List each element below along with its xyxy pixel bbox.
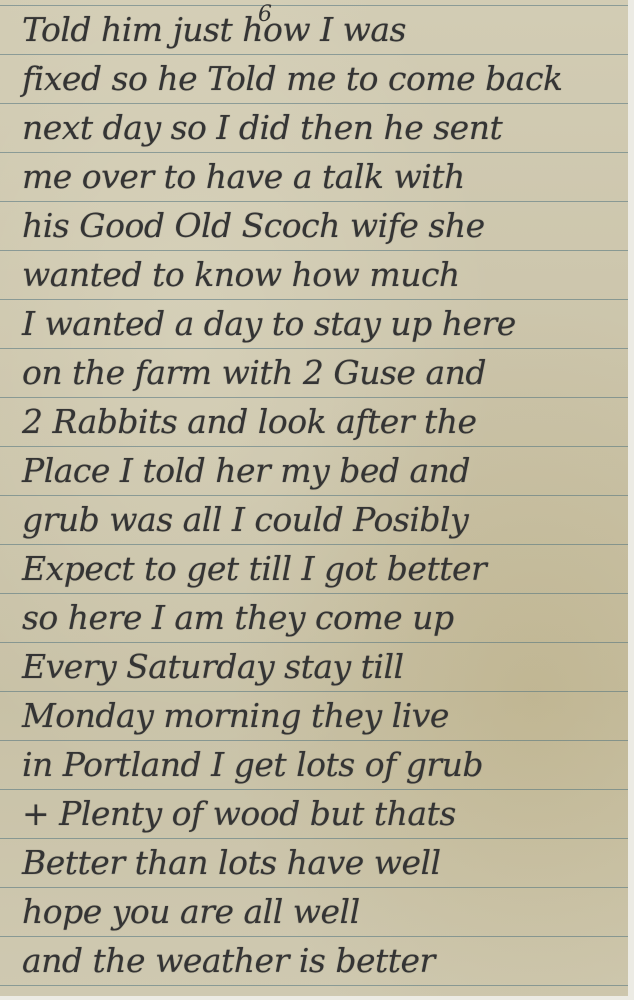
handwritten-line: Every Saturday stay till — [22, 647, 598, 687]
handwritten-line: Place I told her my bed and — [22, 451, 598, 491]
rule-line — [0, 740, 628, 741]
handwritten-line: Monday morning they live — [22, 696, 598, 736]
handwritten-line: grub was all I could Posibly — [22, 500, 598, 540]
handwritten-line: fixed so he Told me to come back — [22, 59, 598, 99]
handwritten-line: and the weather is better — [22, 941, 598, 981]
rule-line — [0, 5, 628, 6]
rule-line — [0, 250, 628, 251]
handwritten-line: hope you are all well — [22, 892, 598, 932]
handwritten-line: in Portland I get lots of grub — [22, 745, 598, 785]
handwritten-line: wanted to know how much — [22, 255, 598, 295]
handwritten-line: Told him just how I was — [22, 10, 598, 50]
handwritten-line: Better than lots have well — [22, 843, 598, 883]
handwritten-line: on the farm with 2 Guse and — [22, 353, 598, 393]
rule-line — [0, 495, 628, 496]
rule-line — [0, 201, 628, 202]
rule-line — [0, 348, 628, 349]
rule-line — [0, 397, 628, 398]
rule-line — [0, 103, 628, 104]
handwritten-line: me over to have a talk with — [22, 157, 598, 197]
handwritten-line: so here I am they come up — [22, 598, 598, 638]
rule-line — [0, 299, 628, 300]
rule-line — [0, 789, 628, 790]
handwritten-line: I wanted a day to stay up here — [22, 304, 598, 344]
handwritten-line: his Good Old Scoch wife she — [22, 206, 598, 246]
rule-line — [0, 691, 628, 692]
handwritten-line: 2 Rabbits and look after the — [22, 402, 598, 442]
handwritten-line: + Plenty of wood but thats — [22, 794, 598, 834]
rule-line — [0, 544, 628, 545]
handwritten-line: Expect to get till I got better — [22, 549, 598, 589]
rule-line — [0, 838, 628, 839]
rule-line — [0, 887, 628, 888]
rule-line — [0, 985, 628, 986]
rule-line — [0, 642, 628, 643]
rule-line — [0, 446, 628, 447]
rule-line — [0, 936, 628, 937]
rule-line — [0, 54, 628, 55]
letter-page: 6 Told him just how I was fixed so he To… — [0, 0, 634, 1000]
handwritten-line: next day so I did then he sent — [22, 108, 598, 148]
rule-line — [0, 593, 628, 594]
rule-line — [0, 152, 628, 153]
